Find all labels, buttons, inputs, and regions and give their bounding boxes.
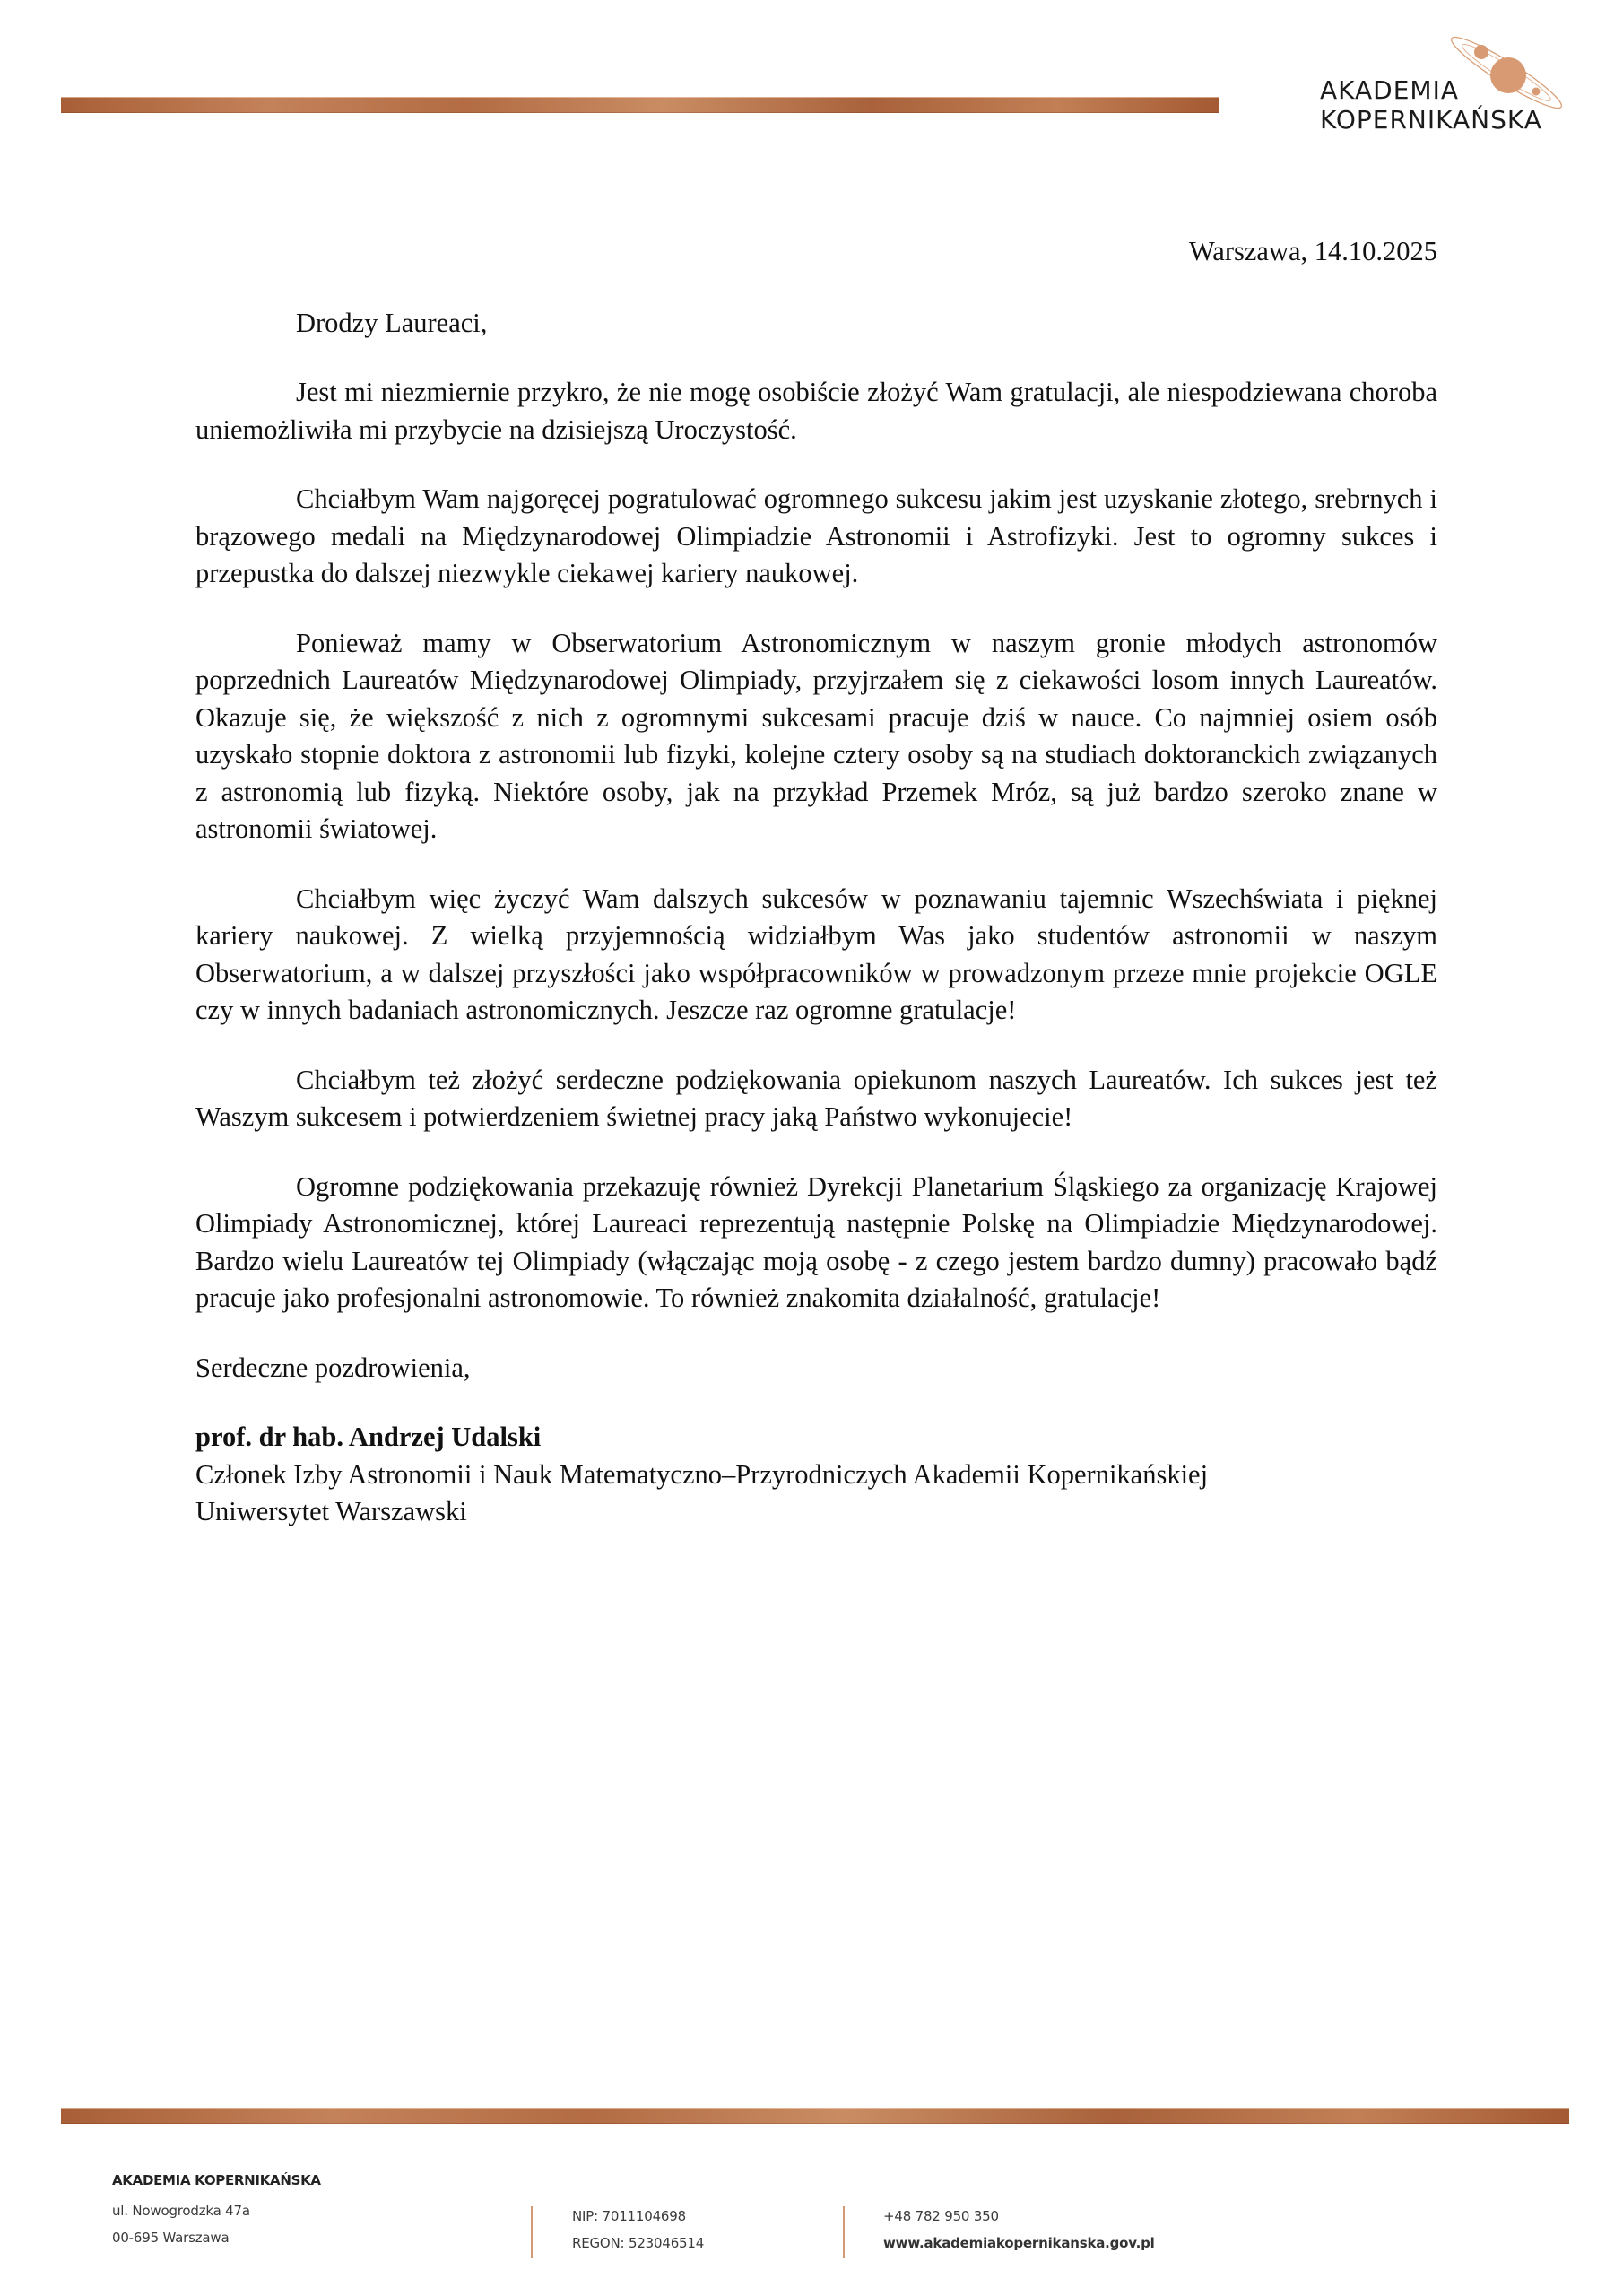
footer-divider bbox=[843, 2206, 845, 2258]
paragraph-2: Chciałbym Wam najgoręcej pogratulować og… bbox=[195, 481, 1437, 593]
paragraph-1: Jest mi niezmiernie przykro, że nie mogę… bbox=[195, 374, 1437, 448]
footer-registry-column: NIP: 7011104698 REGON: 523046514 bbox=[572, 2203, 704, 2257]
footer-city: 00-695 Warszawa bbox=[112, 2224, 321, 2251]
footer-address-column: AKADEMIA KOPERNIKAŃSKA ul. Nowogrodzka 4… bbox=[112, 2172, 321, 2251]
footer: AKADEMIA KOPERNIKAŃSKA ul. Nowogrodzka 4… bbox=[0, 2170, 1623, 2278]
signature-block: prof. dr hab. Andrzej Udalski Członek Iz… bbox=[195, 1419, 1437, 1531]
paragraph-4: Chciałbym więc życzyć Wam dalszych sukce… bbox=[195, 881, 1437, 1030]
salutation: Drodzy Laureaci, bbox=[296, 305, 1437, 343]
footer-copper-bar bbox=[61, 2108, 1569, 2124]
paragraph-5: Chciałbym też złożyć serdeczne podziękow… bbox=[195, 1062, 1437, 1136]
footer-phone[interactable]: +48 782 950 350 bbox=[883, 2203, 1155, 2230]
logo-wordmark: AKADEMIA KOPERNIKAŃSKA bbox=[1320, 75, 1542, 135]
footer-street: ul. Nowogrodzka 47a bbox=[112, 2197, 321, 2224]
footer-website-link[interactable]: www.akademiakopernikanska.gov.pl bbox=[883, 2230, 1155, 2257]
signatory-title: Członek Izby Astronomii i Nauk Matematyc… bbox=[195, 1457, 1437, 1494]
logo-line-1: AKADEMIA bbox=[1320, 75, 1542, 105]
footer-regon: REGON: 523046514 bbox=[572, 2230, 704, 2257]
closing: Serdeczne pozdrowienia, bbox=[195, 1350, 1437, 1387]
paragraph-6: Ogromne podziękowania przekazuję również… bbox=[195, 1169, 1437, 1318]
footer-contact-column: +48 782 950 350 www.akademiakopernikansk… bbox=[883, 2203, 1155, 2257]
signatory-name: prof. dr hab. Andrzej Udalski bbox=[195, 1419, 1437, 1457]
footer-divider bbox=[531, 2206, 533, 2258]
letter-body: Warszawa, 14.10.2025 Drodzy Laureaci, Je… bbox=[195, 224, 1437, 1531]
footer-nip: NIP: 7011104698 bbox=[572, 2203, 704, 2230]
letter-date: Warszawa, 14.10.2025 bbox=[195, 233, 1437, 271]
logo-line-2: KOPERNIKAŃSKA bbox=[1320, 105, 1542, 135]
akademia-logo: AKADEMIA KOPERNIKAŃSKA bbox=[1309, 27, 1578, 143]
header-copper-bar bbox=[61, 97, 1219, 113]
paragraph-3: Ponieważ mamy w Obserwatorium Astronomic… bbox=[195, 625, 1437, 848]
footer-org-name: AKADEMIA KOPERNIKAŃSKA bbox=[112, 2172, 321, 2188]
signatory-affiliation: Uniwersytet Warszawski bbox=[195, 1493, 1437, 1531]
